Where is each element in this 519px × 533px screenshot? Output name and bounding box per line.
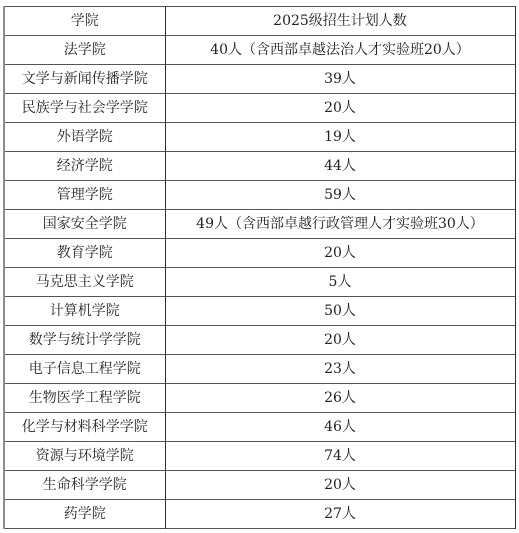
enrollment-quota: 20人 xyxy=(165,326,515,355)
table-row: 经济学院 44人 xyxy=(4,152,515,181)
college-name: 数学与统计学学院 xyxy=(4,326,165,355)
enrollment-quota: 5人 xyxy=(165,268,515,297)
enrollment-plan-table: 学院 2025级招生计划人数 法学院 40人（含西部卓越法治人才实验班20人） … xyxy=(3,6,516,529)
college-name: 管理学院 xyxy=(4,181,165,210)
college-name: 外语学院 xyxy=(4,123,165,152)
enrollment-quota: 44人 xyxy=(165,152,515,181)
table-row: 外语学院 19人 xyxy=(4,123,515,152)
enrollment-plan-table-container: 学院 2025级招生计划人数 法学院 40人（含西部卓越法治人才实验班20人） … xyxy=(3,6,514,529)
enrollment-quota: 50人 xyxy=(165,297,515,326)
college-name: 文学与新闻传播学院 xyxy=(4,65,165,94)
table-row: 生命科学学院 20人 xyxy=(4,471,515,500)
enrollment-quota: 74人 xyxy=(165,442,515,471)
table-row: 化学与材料科学学院 46人 xyxy=(4,413,515,442)
table-row: 生物医学工程学院 26人 xyxy=(4,384,515,413)
table-header-row: 学院 2025级招生计划人数 xyxy=(4,7,515,36)
college-name: 化学与材料科学学院 xyxy=(4,413,165,442)
enrollment-quota: 26人 xyxy=(165,384,515,413)
college-name: 药学院 xyxy=(4,500,165,529)
table-row: 数学与统计学学院 20人 xyxy=(4,326,515,355)
table-row: 计算机学院 50人 xyxy=(4,297,515,326)
table-row: 法学院 40人（含西部卓越法治人才实验班20人） xyxy=(4,36,515,65)
enrollment-quota: 49人（含西部卓越行政管理人才实验班30人） xyxy=(165,210,515,239)
enrollment-quota: 19人 xyxy=(165,123,515,152)
college-name: 资源与环境学院 xyxy=(4,442,165,471)
college-name: 教育学院 xyxy=(4,239,165,268)
enrollment-quota: 40人（含西部卓越法治人才实验班20人） xyxy=(165,36,515,65)
table-row: 资源与环境学院 74人 xyxy=(4,442,515,471)
enrollment-quota: 23人 xyxy=(165,355,515,384)
table-row: 文学与新闻传播学院 39人 xyxy=(4,65,515,94)
college-name: 国家安全学院 xyxy=(4,210,165,239)
enrollment-quota: 20人 xyxy=(165,471,515,500)
enrollment-quota: 39人 xyxy=(165,65,515,94)
header-college: 学院 xyxy=(4,7,165,36)
enrollment-quota: 59人 xyxy=(165,181,515,210)
table-row: 马克思主义学院 5人 xyxy=(4,268,515,297)
college-name: 计算机学院 xyxy=(4,297,165,326)
table-row: 电子信息工程学院 23人 xyxy=(4,355,515,384)
enrollment-quota: 20人 xyxy=(165,94,515,123)
header-quota: 2025级招生计划人数 xyxy=(165,7,515,36)
enrollment-quota: 20人 xyxy=(165,239,515,268)
enrollment-quota: 27人 xyxy=(165,500,515,529)
college-name: 法学院 xyxy=(4,36,165,65)
college-name: 马克思主义学院 xyxy=(4,268,165,297)
table-row: 药学院 27人 xyxy=(4,500,515,529)
table-row: 教育学院 20人 xyxy=(4,239,515,268)
enrollment-quota: 46人 xyxy=(165,413,515,442)
college-name: 生命科学学院 xyxy=(4,471,165,500)
college-name: 电子信息工程学院 xyxy=(4,355,165,384)
college-name: 民族学与社会学学院 xyxy=(4,94,165,123)
table-row: 管理学院 59人 xyxy=(4,181,515,210)
table-row: 国家安全学院 49人（含西部卓越行政管理人才实验班30人） xyxy=(4,210,515,239)
college-name: 生物医学工程学院 xyxy=(4,384,165,413)
college-name: 经济学院 xyxy=(4,152,165,181)
table-row: 民族学与社会学学院 20人 xyxy=(4,94,515,123)
